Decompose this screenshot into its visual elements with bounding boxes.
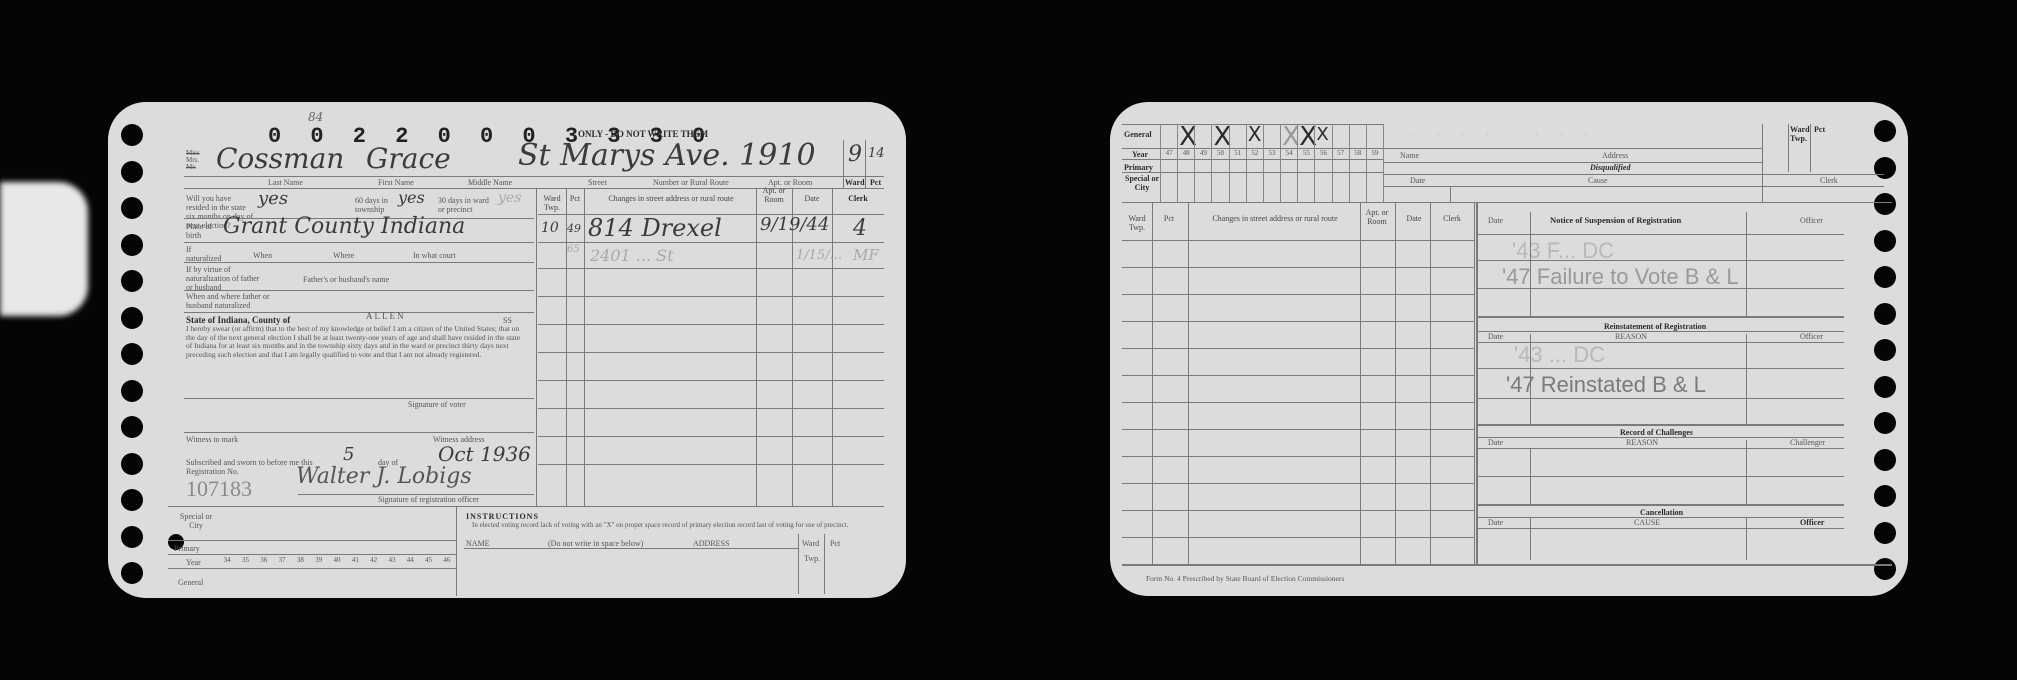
divider [538, 324, 884, 325]
year-cell: 38 [291, 556, 309, 564]
first-name-value: Grace [366, 142, 451, 175]
divider [1478, 234, 1844, 235]
divider [1810, 124, 1811, 172]
year-column: 59 [1366, 124, 1384, 202]
divider [1746, 440, 1747, 504]
registration-card-back: General Year Primary Special or City 47 … [1110, 102, 1908, 596]
divider [1122, 537, 1474, 538]
year-column: 49 [1194, 124, 1211, 202]
divider [538, 464, 884, 465]
divider [1474, 202, 1475, 564]
label-where: Where [333, 251, 354, 260]
punch-hole [121, 562, 143, 584]
year-cell: 44 [401, 556, 419, 564]
punch-hole [1874, 120, 1896, 142]
divider [538, 408, 884, 409]
answer-state: yes [258, 188, 288, 209]
divider [824, 534, 825, 594]
subscribed-day: 5 [343, 444, 354, 465]
label-number: Number or Rural Route [653, 178, 729, 187]
year-column: X52 [1246, 124, 1263, 202]
label-name: NAME [466, 539, 490, 548]
year-cell: 35 [236, 556, 254, 564]
label-father-naturalized: When and where father or husband natural… [186, 292, 286, 310]
col-header-reason: REASON [1615, 332, 1647, 341]
label-pct: Pct [830, 539, 840, 548]
divider [584, 188, 585, 506]
divider [843, 140, 844, 188]
street-value: St Marys Ave. 1910 [518, 138, 816, 173]
divider [168, 554, 456, 555]
year-column: 58 [1349, 124, 1366, 202]
punch-hole [1874, 485, 1896, 507]
divider [1530, 448, 1531, 504]
oath-text: I hereby swear (or affirm) that to the b… [186, 325, 526, 359]
last-name-value: Cossman [216, 142, 344, 175]
label-ward: Ward [802, 539, 819, 548]
divider [1122, 402, 1474, 403]
year-cell: 43 [383, 556, 401, 564]
year-cell: 34 [218, 556, 236, 564]
registration-number: 107183 [186, 476, 252, 502]
instructions-title: INSTRUCTIONS [466, 512, 539, 521]
year-cell: 37 [273, 556, 291, 564]
serial-annotation: 84 [308, 110, 323, 124]
col-header-ward: Ward Twp. [1122, 214, 1152, 232]
label-cause: Cause [1588, 176, 1608, 185]
row-label-special: Special or City [178, 512, 214, 530]
divider [1478, 368, 1844, 369]
divider [1478, 476, 1844, 477]
suspension-entry: '47 Failure to Vote B & L [1502, 264, 1739, 290]
year-cell: 41 [346, 556, 364, 564]
row-clerk: MF [853, 246, 879, 264]
divider [184, 312, 534, 313]
col-header-ward: Ward Twp. [538, 194, 566, 212]
divider [184, 176, 884, 177]
row-pct: 65 [567, 244, 580, 255]
divider [1476, 202, 1478, 564]
year-column: X54 [1280, 124, 1297, 202]
punch-hole [121, 526, 143, 548]
label-address: ADDRESS [693, 539, 729, 548]
year-column: 53 [1263, 124, 1280, 202]
year-cells: 34 35 36 37 38 39 40 41 42 43 44 45 46 [218, 556, 456, 564]
year-cell: 46 [438, 556, 456, 564]
row-label-special: Special or City [1124, 174, 1160, 192]
label-address: Address [1602, 151, 1628, 160]
challenges-title: Record of Challenges [1620, 428, 1693, 437]
label-pct: Pct [870, 178, 881, 187]
year-cell: 40 [328, 556, 346, 564]
year-cell: 39 [310, 556, 328, 564]
year-column: X50 [1211, 124, 1228, 202]
col-header-officer: Officer [1800, 216, 1823, 225]
punch-hole [1874, 376, 1896, 398]
col-header-date: Date [1488, 332, 1503, 341]
divider [184, 290, 534, 291]
divider [538, 380, 884, 381]
divider [1122, 483, 1474, 484]
punch-hole [1874, 412, 1896, 434]
row-label-primary: Primary [174, 544, 200, 553]
row-clerk: 4 [853, 216, 867, 241]
divider [1122, 429, 1474, 430]
divider [1478, 331, 1844, 332]
punch-hole [121, 380, 143, 402]
birth-value: Grant County Indiana [223, 214, 465, 239]
punch-hole [121, 124, 143, 146]
divider [1122, 202, 1892, 203]
subscribed-month-year: Oct 1936 [438, 442, 531, 466]
reinstatement-title: Reinstatement of Registration [1604, 322, 1706, 331]
divider [1530, 518, 1531, 560]
divider [1122, 564, 1892, 566]
row-pct: 49 [567, 222, 581, 235]
year-column: X56 [1314, 124, 1331, 202]
pct-value: 14 [868, 146, 885, 161]
ward-value: 9 [848, 142, 862, 167]
divider [1478, 288, 1844, 289]
bleed-through-text: ········ [1410, 124, 1607, 147]
row-label-general: General [1124, 130, 1152, 139]
label-twp: Twp. [804, 554, 820, 563]
label-ward: Ward [845, 178, 865, 187]
cancellation-title: Cancellation [1640, 508, 1683, 517]
divider [1122, 348, 1474, 349]
row-label-general: General [178, 578, 203, 587]
answer-township: yes [398, 188, 425, 207]
divider [1478, 424, 1844, 426]
punch-hole [121, 197, 143, 219]
punch-hole [121, 270, 143, 292]
divider [464, 548, 798, 549]
divider [1122, 321, 1474, 322]
label-when: When [253, 251, 272, 260]
col-header-officer: Officer [1800, 518, 1824, 527]
label-first-name: First Name [378, 178, 414, 187]
officer-signature: Walter J. Lobigs [296, 464, 472, 489]
divider [1746, 334, 1747, 426]
punch-hole [1874, 522, 1896, 544]
punch-hole [121, 161, 143, 183]
divider [1762, 124, 1763, 202]
row-label-year: Year [1132, 150, 1148, 159]
col-header-date: Date [1400, 214, 1428, 223]
row-date: 9/19/44 [760, 214, 829, 235]
divider [1746, 518, 1747, 560]
divider [756, 188, 757, 506]
punch-hole [121, 307, 143, 329]
year-column: 51 [1229, 124, 1246, 202]
subscribed-text: Subscribed and sworn to before me this [186, 458, 313, 467]
punch-hole [1874, 558, 1896, 580]
row-address: 2401 ... St [590, 246, 674, 265]
registration-card-front: 0 0 2 2 0 0 0 3 3 3 0 84 ONLY - DO NOT W… [108, 102, 906, 598]
divider [1122, 240, 1474, 241]
row-label-primary: Primary [1124, 163, 1153, 172]
punch-hole [121, 489, 143, 511]
divider [1384, 162, 1762, 163]
col-header-clerk: Clerk [836, 194, 880, 203]
divider [1746, 212, 1747, 318]
divider [538, 268, 884, 269]
label-do-not-write: (Do not write in space below) [548, 539, 643, 548]
label-witness-mark: Witness to mark [186, 435, 238, 444]
question-ward: 30 days in ward or precinct [438, 196, 493, 214]
divider [538, 242, 884, 243]
col-header-cause: CAUSE [1634, 518, 1660, 527]
divider [1384, 186, 1884, 187]
divider [456, 506, 457, 596]
punch-hole [1874, 230, 1896, 252]
divider [1122, 294, 1474, 295]
row-label-year: Year [186, 558, 201, 567]
year-column: X48 [1177, 124, 1194, 202]
col-header-apt: Apt. or Room [1362, 208, 1392, 226]
label-officer-signature: Signature of registration officer [378, 495, 479, 504]
oath-county: ALLEN [366, 312, 406, 321]
row-date: 1/15/... [796, 248, 842, 263]
divider [1384, 174, 1884, 175]
col-header-changes: Changes in street address or rural route [586, 194, 756, 203]
form-footer: Form No. 4 Prescribed by State Board of … [1146, 574, 1344, 583]
col-header-clerk: Clerk [1434, 214, 1470, 223]
label-naturalized: If naturalized [186, 245, 226, 263]
divider [792, 188, 793, 506]
col-header-reason: REASON [1626, 438, 1658, 447]
title-options: Miss Mrs. Mr. [186, 150, 200, 171]
col-header-apt: Apt. or Room [760, 186, 788, 204]
col-header-changes: Changes in street address or rural route [1190, 214, 1360, 223]
divider [168, 540, 456, 541]
suspension-title: Notice of Suspension of Registration [1550, 216, 1681, 225]
instructions-text: In elected voting record lack of voting … [472, 521, 872, 529]
divider [1478, 398, 1844, 399]
col-header-challenger: Challenger [1790, 438, 1825, 447]
col-header-date: Date [794, 194, 830, 203]
label-disqualified: Disqualified [1590, 163, 1630, 172]
col-header-date: Date [1488, 438, 1503, 447]
punch-hole [1874, 157, 1896, 179]
label-middle-name: Middle Name [468, 178, 512, 187]
divider [1122, 456, 1474, 457]
year-columns: 47 X48 49 X50 51 X52 53 X54 X55 X56 57 5… [1160, 124, 1384, 202]
divider [1122, 267, 1474, 268]
punch-hole [1874, 449, 1896, 471]
label-street: Street [588, 178, 607, 187]
label-date: Date [1410, 176, 1425, 185]
divider [538, 296, 884, 297]
divider [1478, 260, 1844, 261]
divider [1122, 375, 1474, 376]
punch-hole [121, 416, 143, 438]
divider [1788, 124, 1789, 172]
signature-line [184, 398, 534, 399]
divider [1122, 510, 1474, 511]
col-header-pct: Pct [1154, 214, 1184, 223]
label-court: In what court [413, 251, 456, 260]
year-column: 57 [1332, 124, 1349, 202]
label-pct: Pct [1814, 125, 1825, 134]
year-column: X55 [1297, 124, 1314, 202]
divider [1478, 316, 1844, 318]
col-header-date: Date [1488, 216, 1503, 225]
divider [1530, 212, 1531, 318]
label-registration-no: Registration No. [186, 467, 239, 476]
divider [798, 534, 799, 594]
divider [184, 432, 534, 433]
divider [1450, 186, 1451, 202]
punch-hole [1874, 339, 1896, 361]
label-name: Name [1400, 151, 1419, 160]
divider [1478, 504, 1844, 506]
label-ward: Ward Twp. [1790, 125, 1810, 143]
col-header-officer: Officer [1800, 332, 1823, 341]
divider [536, 188, 537, 506]
label-last-name: Last Name [268, 178, 303, 187]
divider [538, 436, 884, 437]
divider [184, 242, 534, 243]
label-voter-signature: Signature of voter [408, 400, 466, 409]
divider [566, 188, 567, 506]
year-cell: 36 [255, 556, 273, 564]
divider [1478, 528, 1844, 529]
year-column: 47 [1160, 124, 1177, 202]
punch-hole [1874, 303, 1896, 325]
year-cell: 45 [419, 556, 437, 564]
punch-hole [121, 453, 143, 475]
row-ward: 10 [541, 220, 559, 236]
col-header-date: Date [1488, 518, 1503, 527]
divider [168, 506, 884, 507]
label-birth: Place of birth [186, 222, 221, 240]
punch-hole [1874, 266, 1896, 288]
punch-hole [121, 343, 143, 365]
col-header-pct: Pct [566, 194, 584, 203]
divider [538, 352, 884, 353]
divider [1478, 448, 1844, 449]
punch-hole [121, 234, 143, 256]
year-cell: 42 [365, 556, 383, 564]
divider [1478, 517, 1844, 518]
label-clerk: Clerk [1820, 176, 1838, 185]
answer-ward: yes [498, 190, 521, 206]
punch-hole [1874, 193, 1896, 215]
scan-glare [0, 182, 88, 316]
reinstatement-entry: '43 ... DC [1514, 342, 1605, 368]
row-address: 814 Drexel [588, 214, 722, 242]
label-virtue: If by virtue of naturalization of father… [186, 265, 266, 292]
divider [168, 568, 456, 569]
label-father-name: Father's or husband's name [303, 275, 389, 284]
divider [865, 140, 866, 188]
divider [1530, 334, 1531, 426]
divider [832, 188, 833, 506]
question-township: 60 days in township [355, 196, 400, 214]
divider [1384, 148, 1762, 149]
divider [184, 262, 534, 263]
reinstatement-entry: '47 Reinstated B & L [1506, 372, 1706, 398]
